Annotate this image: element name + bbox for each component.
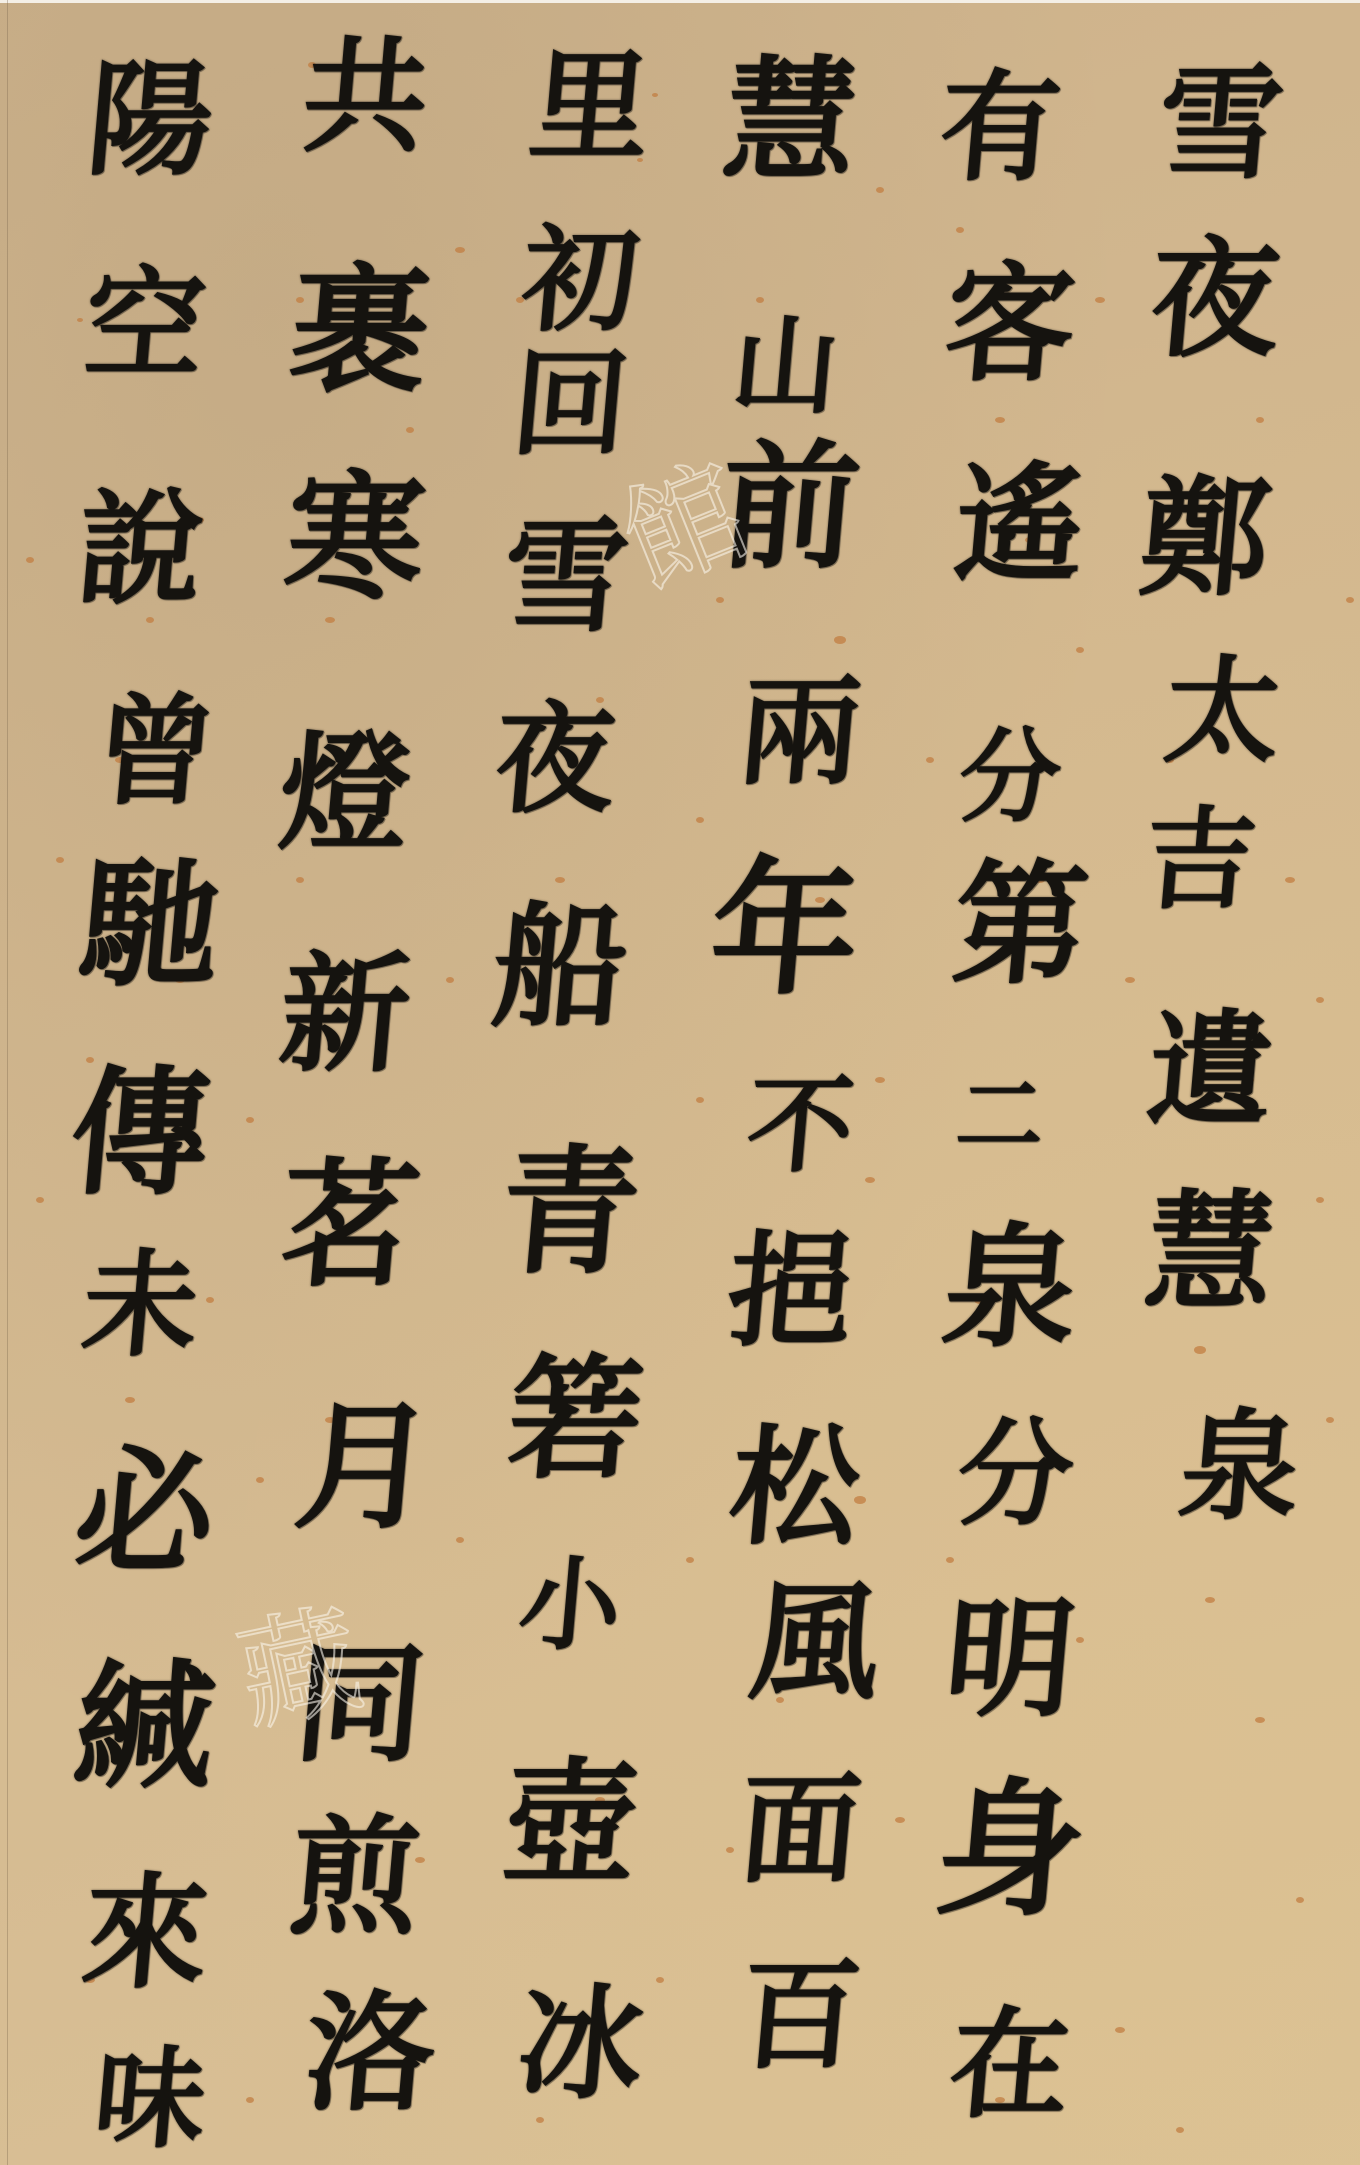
watermark-stamp: 藏 [229, 1599, 371, 1741]
paper-speckles [0, 0, 1360, 2165]
calligraphy-sheet: 雪 夜 鄭 太 吉 遺 慧 泉 有 客 遙 分 第 二 泉 分 明 身 在 慧 … [0, 0, 1360, 2165]
